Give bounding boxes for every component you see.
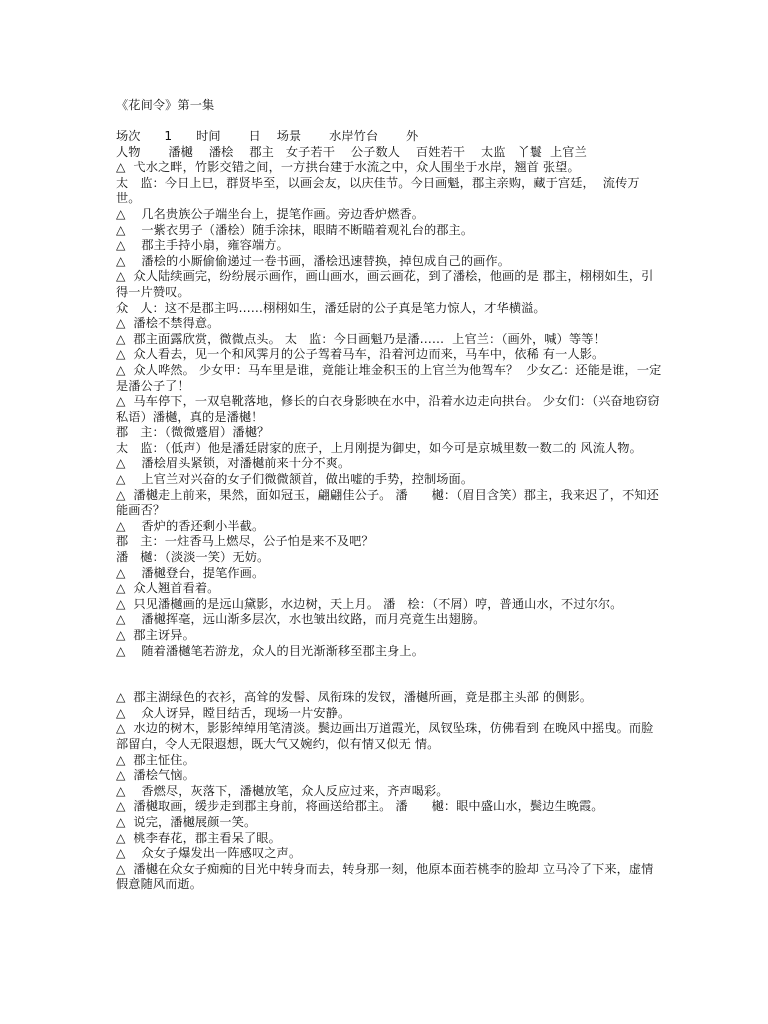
script-line: △ 潘樾取画，缓步走到郡主身前，将画送给郡主。 潘 樾：眼中盛山水，鬓边生晚霞。	[116, 799, 664, 815]
script-line: △ 香炉的香还剩小半截。	[116, 519, 664, 535]
script-line: △ 郡主湖绿色的衣衫，高耸的发髻、凤衔珠的发钗，潘樾所画，竟是郡主头部 的侧影。	[116, 690, 664, 706]
script-line: △ 只见潘樾画的是远山黛影，水边树，天上月。 潘 桧：（不屑）哼，普通山水，不过…	[116, 597, 664, 613]
script-line: △ 马车停下，一双皂靴落地，修长的白衣身影映在水中，沿着水边走向拱台。 少女们：…	[116, 394, 664, 425]
script-line: △ 桃李春花，郡主看呆了眼。	[116, 831, 664, 847]
script-line: △ 弋水之畔，竹影交错之间，一方拱台建于水流之中，众人围坐于水岸，翘首 张望。	[116, 160, 664, 176]
script-line: △ 潘樾登台，提笔作画。	[116, 566, 664, 582]
script-line: △ 潘桧气恼。	[116, 768, 664, 784]
script-page: 《花间令》第一集 场次 1 时间 日 场景 水岸竹台 外 人物 潘樾 潘桧 郡主…	[116, 98, 664, 893]
script-line: △ 上官兰对兴奋的女子们微微颔首，做出嘘的手势，控制场面。	[116, 472, 664, 488]
script-line: △ 香燃尽，灰落下，潘樾放笔，众人反应过来，齐声喝彩。	[116, 784, 664, 800]
script-line: 郡 主：一炷香马上燃尽，公子怕是来不及吧？	[116, 534, 664, 550]
script-line: 太 监：（低声）他是潘廷尉家的庶子，上月刚提为御史，如今可是京城里数一数二的 风…	[116, 441, 664, 457]
script-line: △ 水边的树木，影影绰绰用笔清淡。鬓边画出万道霞光，凤钗坠珠，仿佛看到 在晚风中…	[116, 721, 664, 752]
script-line: △ 随着潘樾笔若游龙，众人的目光渐渐移至郡主身上。	[116, 644, 664, 660]
script-line: △ 潘桧眉头紧锁，对潘樾前来十分不爽。	[116, 456, 664, 472]
script-line: △ 郡主讶异。	[116, 628, 664, 644]
script-line: △ 众人翘首看着。	[116, 581, 664, 597]
script-line: △ 众人看去，见一个和风霁月的公子驾着马车，沿着河边而来，马车中，依稀 有一人影…	[116, 347, 664, 363]
script-line: △ 郡主手持小扇，雍容端方。	[116, 238, 664, 254]
script-line: △ 郡主面露欣赏，微微点头。 太 监：今日画魁乃是潘…… 上官兰：（画外，喊）等…	[116, 332, 664, 348]
script-line: △ 潘樾走上前来，果然，面如冠玉，翩翩佳公子。 潘 樾：（眉目含笑）郡主，我来迟…	[116, 488, 664, 519]
script-section-2: △ 郡主湖绿色的衣衫，高耸的发髻、凤衔珠的发钗，潘樾所画，竟是郡主头部 的侧影。…	[116, 690, 664, 893]
document-title: 《花间令》第一集	[116, 98, 664, 114]
scene-header: 场次 1 时间 日 场景 水岸竹台 外	[116, 129, 664, 145]
characters-line: 人物 潘樾 潘桧 郡主 女子若干 公子数人 百姓若干 太监 丫鬟 上官兰	[116, 145, 664, 161]
script-line: △ 众人讶异，瞠目结舌，现场一片安静。	[116, 706, 664, 722]
script-line: 郡 主：（微微蹙眉）潘樾？	[116, 425, 664, 441]
script-line: △ 众女子爆发出一阵感叹之声。	[116, 846, 664, 862]
script-line: △ 说完，潘樾展颜一笑。	[116, 815, 664, 831]
script-line: △ 潘樾挥毫，远山渐多层次，水也皱出纹路，而月亮竟生出翅膀。	[116, 612, 664, 628]
section-gap	[116, 659, 664, 690]
script-line: △ 众人哗然。 少女甲：马车里是谁，竟能让堆金积玉的上官兰为他驾车？ 少女乙：还…	[116, 363, 664, 394]
script-section-1: △ 弋水之畔，竹影交错之间，一方拱台建于水流之中，众人围坐于水岸，翘首 张望。太…	[116, 160, 664, 659]
script-line: △ 潘桧不禁得意。	[116, 316, 664, 332]
script-line: △ 众人陆续画完，纷纷展示画作，画山画水，画云画花，到了潘桧，他画的是 郡主，栩…	[116, 269, 664, 300]
script-line: △ 几名贵族公子端坐台上，提笔作画。旁边香炉燃香。	[116, 207, 664, 223]
script-line: 潘 樾：（淡淡一笑）无妨。	[116, 550, 664, 566]
script-line: 众 人：这不是郡主吗……栩栩如生，潘廷尉的公子真是笔力惊人，才华横溢。	[116, 301, 664, 317]
script-line: △ 潘桧的小厮偷偷递过一卷书画，潘桧迅速替换，掉包成自己的画作。	[116, 254, 664, 270]
script-line: △ 一紫衣男子（潘桧）随手涂抹，眼睛不断瞄着观礼台的郡主。	[116, 223, 664, 239]
script-line: △ 郡主怔住。	[116, 753, 664, 769]
script-line: △ 潘樾在众女子痴痴的目光中转身而去，转身那一刻，他原本面若桃李的脸却 立马冷了…	[116, 862, 664, 893]
script-line: 太 监：今日上巳，群贤毕至，以画会友，以庆佳节。今日画魁，郡主亲购，藏于宫廷， …	[116, 176, 664, 207]
